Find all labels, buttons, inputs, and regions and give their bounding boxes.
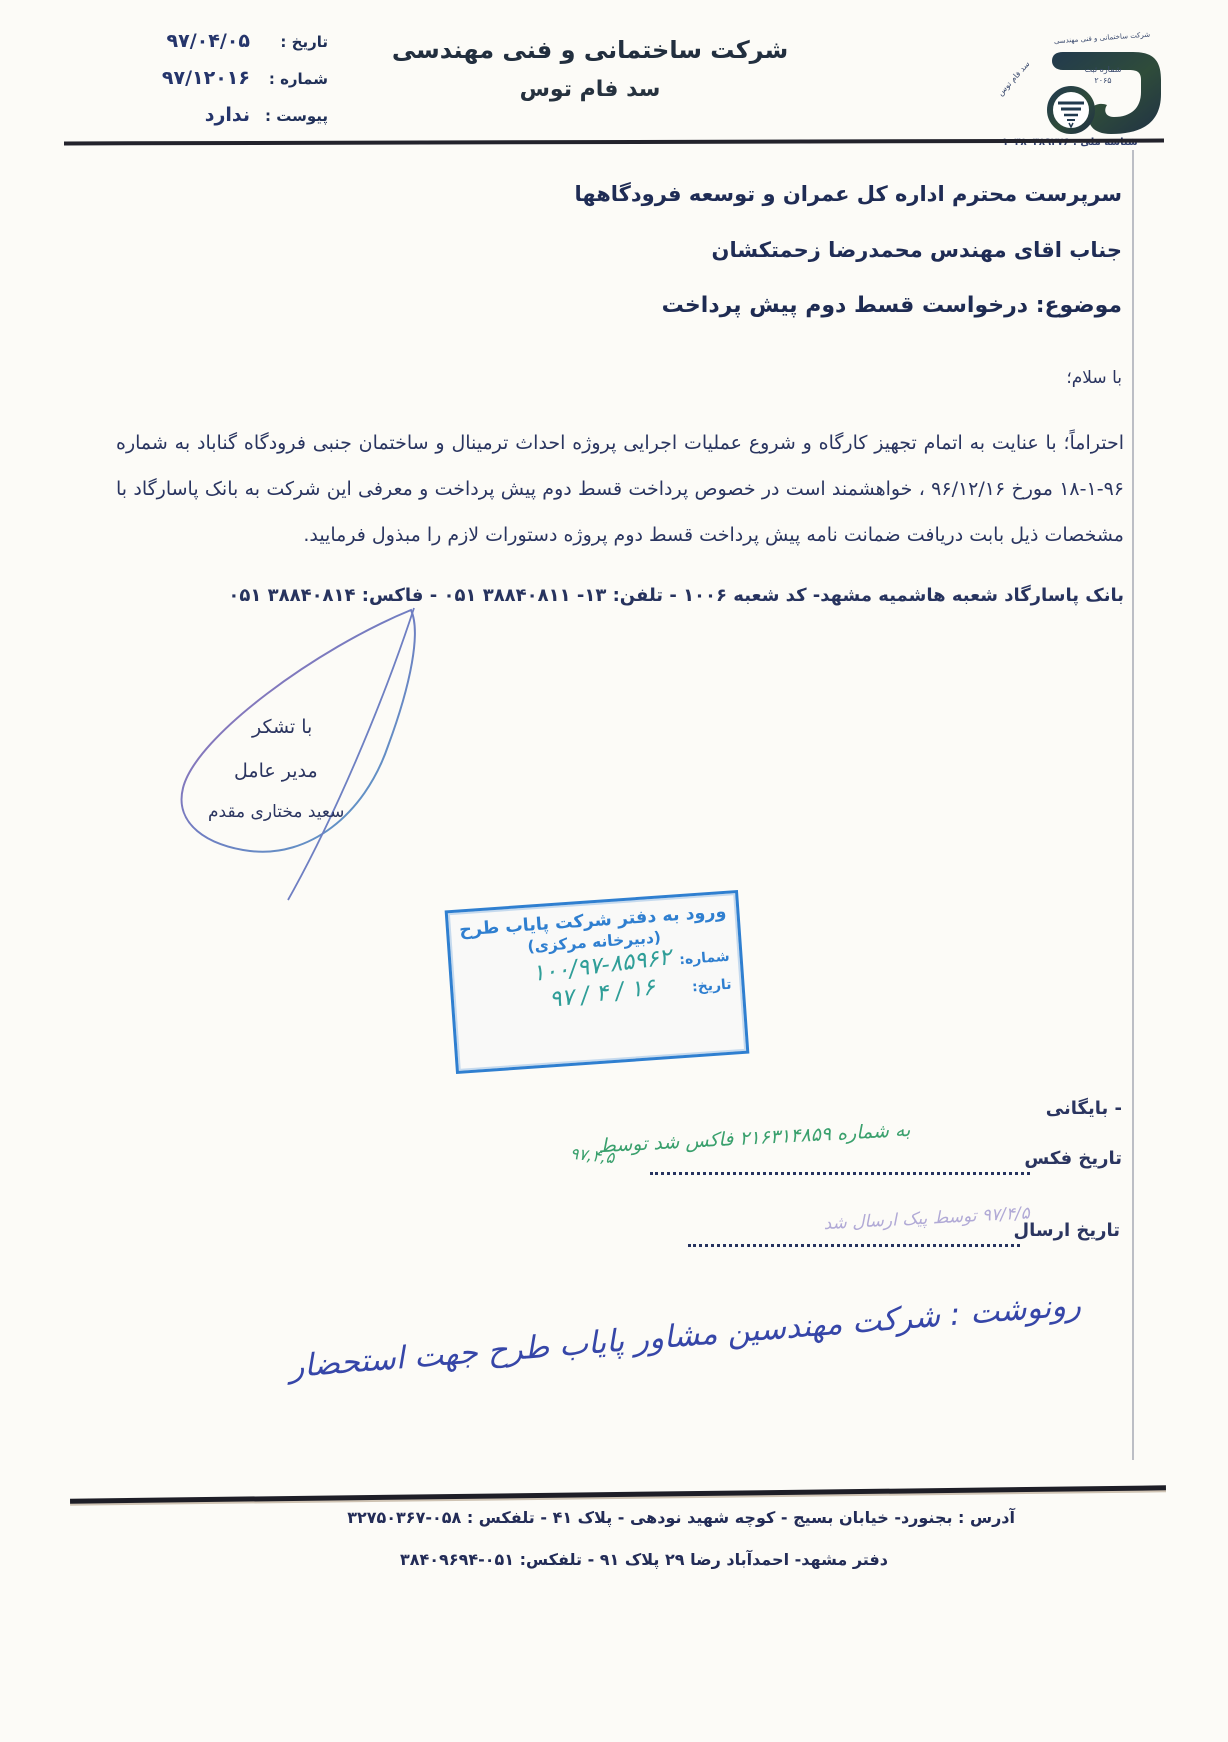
footer-address-line2: دفتر مشهد- احمدآباد رضا ۲۹ پلاک ۹۱ - تلف… — [400, 1550, 888, 1569]
meta-number-row: شماره : ۹۷/۱۲۰۱۶ — [78, 67, 328, 89]
subject-line: موضوع: درخواست قسط دوم پیش پرداخت — [662, 293, 1122, 318]
number-label: شماره : — [250, 70, 328, 88]
logo-register-label: شماره ثبت — [1078, 64, 1128, 75]
logo-registration: شماره ثبت ۲۰۶۵ — [1078, 64, 1128, 86]
send-date-dotted-line — [688, 1244, 1020, 1247]
recipient-line1: سرپرست محترم اداره کل عمران و توسعه فرود… — [574, 182, 1122, 206]
send-handwritten-note: ۹۷/۴/۵ توسط پیک ارسال شد — [700, 1203, 1031, 1240]
dam-icon — [1050, 89, 1092, 131]
footer-address-line1: آدرس : بجنورد- خیابان بسیج - کوچه شهید ن… — [347, 1508, 1015, 1527]
fax-handwritten-note: به شماره ۲۱۶۳۱۴۸۵۹ فاکس شد توسط — [598, 1113, 1029, 1157]
copy-handwritten-note: رونوشت : شرکت مهندسین مشاور پایاب طرح جه… — [269, 1278, 1101, 1395]
attachment-label: پیوست : — [250, 107, 328, 125]
letter-body: احتراماً؛ با عنایت به اتمام تجهیز کارگاه… — [116, 420, 1124, 558]
meta-date-row: تاریخ : ۹۷/۰۴/۰۵ — [78, 30, 328, 52]
signature-role: مدیر عامل — [234, 760, 318, 782]
company-name-block: شرکت ساختمانی و فنی مهندسی سد فام توس — [370, 36, 810, 102]
fax-date-dotted-line — [650, 1172, 1030, 1175]
attachment-value: ندارد — [205, 104, 250, 126]
scanned-letter-page: تاریخ : ۹۷/۰۴/۰۵ شماره : ۹۷/۱۲۰۱۶ پیوست … — [0, 0, 1228, 1742]
fax-date-label: تاریخ فکس — [1024, 1148, 1122, 1169]
stamp-number-label: شماره: — [671, 949, 730, 969]
salutation: با سلام؛ — [1066, 368, 1122, 388]
signature-scribble — [168, 588, 468, 918]
company-name-line1: شرکت ساختمانی و فنی مهندسی — [370, 36, 810, 64]
fax-handwritten-date: ۹۷,۴,۵ — [569, 1144, 615, 1168]
recipient-line2: جناب اقای مهندس محمدرضا زحمتکشان — [712, 238, 1122, 262]
meta-attachment-row: پیوست : ندارد — [78, 104, 328, 126]
date-label: تاریخ : — [250, 33, 328, 51]
entry-stamp: ورود به دفتر شرکت پایاب طرح (دبیرخانه مر… — [445, 890, 750, 1074]
logo-register-number: ۲۰۶۵ — [1078, 75, 1128, 86]
date-value: ۹۷/۰۴/۰۵ — [167, 30, 250, 52]
footer-divider — [70, 1485, 1166, 1503]
number-value: ۹۷/۱۲۰۱۶ — [162, 67, 250, 89]
archive-label: - بایگانی — [1046, 1098, 1122, 1119]
stamp-date-label: تاریخ: — [673, 977, 732, 997]
scan-fold-line — [1132, 150, 1134, 1460]
signature-name: سعید مختاری مقدم — [208, 802, 344, 822]
signature-thanks: با تشکر — [252, 716, 312, 738]
letter-meta-block: تاریخ : ۹۷/۰۴/۰۵ شماره : ۹۷/۱۲۰۱۶ پیوست … — [78, 30, 328, 141]
company-name-line2: سد فام توس — [370, 77, 810, 102]
